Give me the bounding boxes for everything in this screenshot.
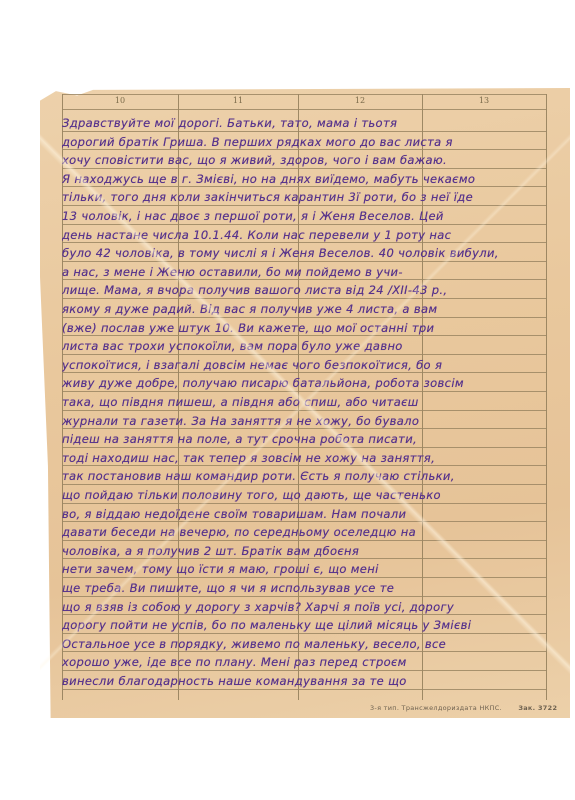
handwritten-line: 13 чоловік, і нас двоє з першої роти, я …	[62, 207, 552, 226]
handwritten-line: хочу сповістити вас, що я живий, здоров,…	[62, 151, 552, 170]
handwritten-line: во, я віддаю недоїдене своїм товаришам. …	[62, 505, 552, 524]
handwritten-line: підеш на заняття на поле, а тут срочна р…	[62, 430, 552, 449]
handwritten-line: (вже) послав уже штук 10. Ви кажете, що …	[62, 319, 552, 338]
handwritten-line: журнали та газети. За На заняття я не хо…	[62, 412, 552, 431]
printer-imprint: 3-я тип. Трансжелдориздата НКПС.	[370, 704, 502, 712]
ruled-line	[62, 109, 547, 110]
handwritten-line: листа вас трохи успокоїли, вам пора було…	[62, 337, 552, 356]
handwritten-line: тоді находиш нас, так тепер я зовсім не …	[62, 449, 552, 468]
order-number: Зак. 3722	[518, 704, 557, 712]
handwritten-line: Остальное усе в порядку, живемо по мален…	[62, 635, 552, 654]
handwritten-line: ще треба. Ви пишите, що я чи я использув…	[62, 579, 552, 598]
handwritten-line: лище. Мама, я вчора получив вашого листа…	[62, 281, 552, 300]
handwritten-line: така, що півдня пишеш, а півдня або спиш…	[62, 393, 552, 412]
handwritten-line: дорогу пойти не успів, бо по маленьку ще…	[62, 616, 552, 635]
handwritten-line: а нас, з мене і Женю оставили, бо ми пой…	[62, 263, 552, 282]
handwritten-line: якому я дуже радий. Від вас я получив уж…	[62, 300, 552, 319]
handwritten-line: було 42 чоловіка, в тому числі я і Женя …	[62, 244, 552, 263]
column-number: 10	[115, 96, 125, 105]
handwritten-line: чоловіка, а я получив 2 шт. Братік вам д…	[62, 542, 552, 561]
column-number: 11	[233, 96, 243, 105]
column-number: 12	[355, 96, 365, 105]
handwritten-line: живу дуже добре, получаю писарю батальйо…	[62, 374, 552, 393]
ruled-line	[62, 94, 547, 95]
handwritten-line: винесли благодарность наше командування …	[62, 672, 552, 691]
handwritten-line: давати беседи на вечерю, по середньому о…	[62, 523, 552, 542]
handwritten-line: що я взяв із собою у дорогу з харчів? Ха…	[62, 598, 552, 617]
handwritten-line: Здравствуйте мої дорогі. Батьки, тато, м…	[62, 114, 552, 133]
handwritten-line: успокоїтися, і взагалі довсім немає чого…	[62, 356, 552, 375]
column-number: 13	[479, 96, 489, 105]
handwritten-line: день настане числа 10.1.44. Коли нас пер…	[62, 226, 552, 245]
handwritten-line: так постановив наш командир роти. Єсть я…	[62, 467, 552, 486]
handwritten-line: нети зачем, тому що їсти я маю, гроші є,…	[62, 560, 552, 579]
handwritten-line: хорошо уже, іде все по плану. Мені раз п…	[62, 653, 552, 672]
handwritten-line: дорогий братік Гриша. В перших рядках мо…	[62, 133, 552, 152]
printer-footer: 3-я тип. Трансжелдориздата НКПС. Зак. 37…	[370, 704, 557, 712]
handwritten-line: Я находжусь ще в г. Змієві, но на днях в…	[62, 170, 552, 189]
handwritten-line: що пойдаю тільки половину того, що дають…	[62, 486, 552, 505]
handwritten-line: тільки, того дня коли закінчиться карант…	[62, 188, 552, 207]
